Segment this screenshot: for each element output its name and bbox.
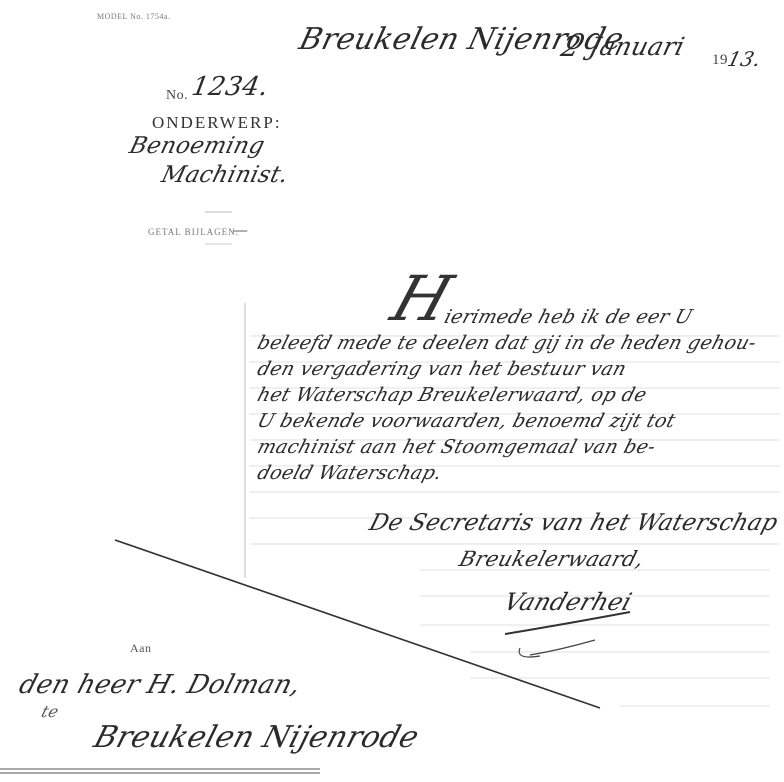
body-line-7: doeld Waterschap. bbox=[255, 462, 445, 484]
body-line-6: machinist aan het Stoomgemaal van be- bbox=[255, 436, 658, 458]
number-label: No. bbox=[166, 88, 188, 104]
subject-label: ONDERWERP: bbox=[152, 113, 282, 133]
document-number: 1234. bbox=[189, 72, 270, 102]
enclosures-label: GETAL BIJLAGEN: bbox=[148, 227, 239, 237]
subject-line-1: Benoeming bbox=[127, 133, 268, 159]
dateline-month: Januari bbox=[586, 32, 687, 61]
form-model-number: MODEL No. 1754a. bbox=[97, 12, 170, 21]
body-line-1: ierimede heb ik de eer U bbox=[442, 306, 695, 328]
body-line-5: U bekende voorwaarden, benoemd zijt tot bbox=[255, 410, 678, 432]
body-line-2: beleefd mede te deelen dat gij in de hed… bbox=[255, 332, 759, 354]
subject-line-2: Machinist. bbox=[159, 162, 291, 188]
addressee-label: Aan bbox=[130, 641, 152, 656]
body-line-3: den vergadering van het bestuur van bbox=[255, 358, 629, 380]
signature-title: De Secretaris van het Waterschap bbox=[366, 510, 781, 536]
signature-organization: Breukelerwaard, bbox=[457, 547, 647, 571]
signature-name: Vanderhei bbox=[500, 588, 635, 616]
enclosures-value: — bbox=[232, 220, 248, 239]
addressee-name: den heer H. Dolman, bbox=[16, 670, 305, 700]
body-line-4: het Waterschap Breukelerwaard, op de bbox=[255, 384, 650, 406]
dateline-year-handwritten: 13. bbox=[725, 47, 764, 71]
addressee-place: Breukelen Nijenrode bbox=[90, 720, 423, 755]
